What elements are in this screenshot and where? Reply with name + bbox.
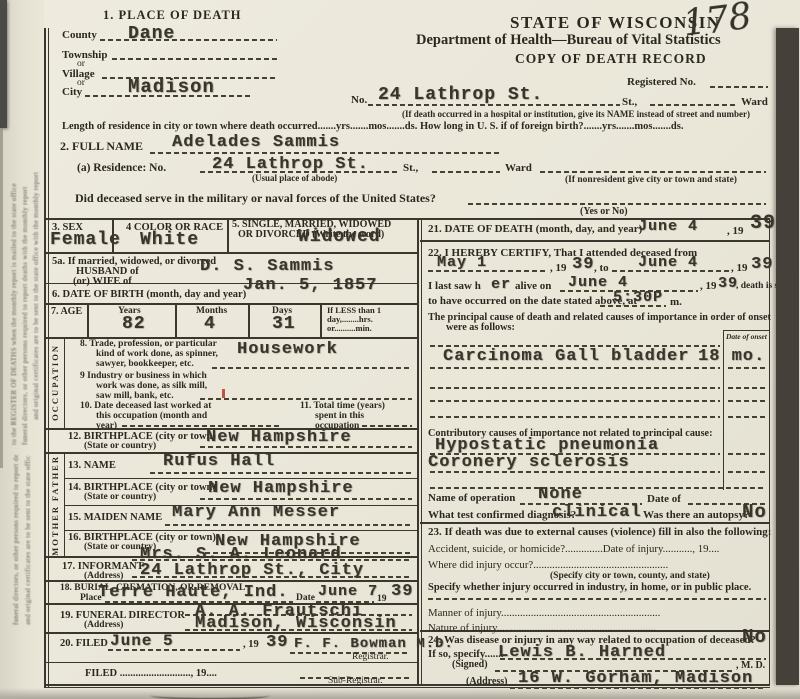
birthplace-sub: (State or country) [84, 442, 156, 452]
sex-value: Female [50, 231, 121, 249]
fill-line [728, 416, 766, 418]
county-label: County [62, 30, 97, 42]
burial-year-prefix: 19 [377, 595, 387, 605]
cause-onset-value: 18 mo. [698, 348, 765, 365]
dob-label: 6. DATE OF BIRTH (month, day and year) [52, 289, 246, 300]
mother-maiden-value: Mary Ann Messer [172, 504, 340, 521]
occupation-side-label: OCCUPATION [46, 337, 64, 428]
funeral-director-address: Madison, Wisconsin [195, 615, 397, 632]
filed-year-value: 39 [266, 634, 288, 651]
residence-label: (a) Residence: No. [77, 162, 166, 174]
race-value: White [140, 231, 199, 249]
father-side-label: FATHER [46, 452, 64, 505]
cell-line [175, 303, 177, 337]
fill-line [432, 171, 500, 173]
year-prefix: , 19 [550, 263, 567, 275]
father-birthplace-value: New Hampshire [208, 480, 354, 497]
fill-line [428, 598, 766, 600]
to-label: , to [594, 263, 609, 275]
fill-line [468, 203, 766, 205]
filed-date-value: June 5 [110, 633, 174, 649]
father-birthplace-sub: (State or country) [84, 493, 156, 503]
record-title: COPY OF DEATH RECORD [515, 52, 707, 66]
fill-line [430, 416, 720, 418]
city-label: City [62, 87, 82, 99]
lastsaw-pre: I last saw h [428, 281, 481, 293]
cell-line [87, 303, 89, 337]
months-value: 4 [204, 315, 216, 333]
fill-line [728, 453, 766, 455]
filed-year-prefix: , 19 [243, 639, 259, 650]
fill-line [150, 152, 500, 154]
autopsy-value: No [742, 503, 767, 522]
scan-edge-bottom [0, 688, 800, 699]
registrar-label: Registrar. [352, 653, 389, 663]
spouse-value: D. S. Sammis [200, 258, 334, 275]
fill-line [728, 400, 766, 402]
physician-signature: Lewis B. Harned [498, 644, 666, 661]
external-causes-header: 23. If death was due to external causes … [428, 527, 771, 539]
yes-no-note: (Yes or No) [580, 207, 628, 218]
year-prefix: , 19 [727, 226, 744, 238]
margin-note: and original certificates are to be sent… [24, 455, 32, 625]
ward-label: Ward [741, 97, 768, 109]
sub-registrar-label: Sub-Registrar. [328, 677, 383, 687]
mother-maiden-label: 15. MAIDEN NAME [68, 512, 162, 523]
row-line [64, 530, 417, 531]
fill-line [430, 387, 720, 389]
attended-to-year: 39 [751, 256, 773, 273]
operation-date-label: Date of [647, 494, 681, 506]
fill-line [728, 367, 766, 369]
scan-edge-left-faint [0, 128, 3, 468]
burial-place-value: Terre Haute, Ind. [98, 584, 288, 601]
m-label: m. [670, 297, 682, 309]
lastsaw-date-value: June 4 [568, 275, 628, 290]
year-prefix: , 19 [731, 263, 748, 275]
cell-line [227, 218, 229, 252]
fill-line [728, 471, 766, 473]
fill-line [430, 367, 720, 369]
fill-line [200, 498, 412, 500]
onset-box-top [723, 330, 769, 331]
year-prefix: , 19 [700, 281, 717, 293]
age-label: 7. AGE [51, 307, 82, 318]
fill-line [650, 104, 738, 106]
spouse-label-3: (or) WIFE of [73, 276, 132, 287]
nonresident-note: (If nonresident give city or town and st… [565, 176, 737, 186]
date-of-death-value: June 4 [638, 219, 698, 234]
death-record-scan: { "header": { "section1_title": "1. PLAC… [0, 0, 800, 699]
specify-note: (Specify city or town, county, and state… [550, 572, 710, 582]
house-no-label: No. [351, 95, 367, 107]
scan-edge-right-band [776, 28, 799, 685]
nature-line: Nature of injury........................… [428, 623, 656, 634]
dob-value: Jan. 5, 1857 [243, 277, 377, 294]
margin-note: funeral directors, or other persons requ… [12, 455, 20, 625]
onset-label: Date of onset [726, 333, 767, 341]
column-divider [417, 218, 419, 686]
burial-date-value: June 7 [318, 584, 378, 599]
address-label: (Address) [466, 677, 507, 688]
birthplace-value: New Hampshire [206, 429, 352, 446]
lastsaw-year: 39 [718, 276, 738, 291]
operation-label: Name of operation [428, 493, 515, 505]
fill-line [362, 425, 412, 427]
occurred-line: to have occurred on the date stated abov… [428, 296, 637, 308]
filed-label: 20. FILED [60, 638, 108, 649]
fill-line [200, 398, 412, 400]
fill-line [728, 387, 766, 389]
cause-header-2: were as follows: [446, 323, 515, 334]
residence-length-line: Length of residence in city or town wher… [62, 121, 683, 132]
cell-line [320, 303, 322, 337]
residence-value: 24 Lathrop St. [212, 156, 369, 173]
row-line [44, 252, 417, 254]
specify-line: Specify whether injury occurred in indus… [428, 582, 751, 593]
fill-line [430, 487, 766, 489]
mother-side-label: MOTHER [46, 505, 64, 556]
registered-no-label: Registered No. [627, 77, 696, 89]
red-mark [222, 389, 225, 398]
operation-value: None [538, 486, 583, 503]
attended-from-value: May 1 [437, 255, 487, 270]
fill-line [710, 86, 768, 88]
days-value: 31 [272, 315, 296, 333]
where-line: Where did injury occur?.................… [428, 560, 668, 571]
cause-value: Carcinoma Gall bladder [443, 348, 689, 365]
column-divider-inner [421, 218, 422, 686]
accident-line: Accident, suicide, or homicide?.........… [428, 544, 719, 555]
cell-line [248, 303, 250, 337]
marital-value: Widowed [298, 228, 381, 246]
margin-note: to the REGISTER OF DEATHS when the month… [10, 95, 18, 445]
fill-line [540, 171, 766, 173]
father-name-value: Rufus Hall [163, 453, 275, 470]
abode-note: (Usual place of abode) [252, 174, 337, 183]
margin-note: and original certificates are to be sent… [32, 120, 40, 420]
date-of-death-label: 21. DATE OF DEATH (month, day, and year) [428, 224, 642, 236]
date-of-death-year: 39 [750, 214, 776, 234]
funeral-director-sub: (Address) [84, 621, 123, 631]
subfiled-line: FILED ..........................., 19...… [85, 668, 217, 679]
fill-line [212, 367, 412, 369]
fill-line [165, 524, 412, 526]
physician-address: 16 W. Gorham, Madison [518, 670, 753, 687]
military-question: Did deceased serve in the military or na… [75, 192, 436, 205]
fill-line [122, 425, 282, 427]
side-label-line [64, 337, 65, 428]
lastsaw-typed-er: er [491, 277, 511, 292]
street-value: 24 Lathrop St. [378, 86, 543, 104]
city-value: Madison [128, 78, 215, 97]
fill-line [430, 400, 720, 402]
ward-label: Ward [505, 163, 532, 175]
manner-line: Manner of injury........................… [428, 608, 660, 619]
st-label: St., [622, 97, 637, 109]
row-line [420, 522, 770, 524]
registrar-signature: F. F. Bowman M.D. [294, 637, 454, 651]
scan-edge-left-dark [0, 0, 7, 128]
attended-from-year: 39 [572, 256, 594, 273]
fill-line [290, 652, 410, 654]
burial-year-value: 39 [391, 583, 413, 600]
occupation-relation-value: No [742, 628, 767, 647]
attended-to-value: June 4 [638, 255, 698, 270]
side-label-line [64, 452, 65, 556]
row-line [420, 240, 770, 242]
county-value: Dane [128, 25, 175, 43]
margin-note: funeral directors, or other persons requ… [21, 95, 29, 445]
fill-line [112, 58, 277, 60]
scan-smudge [150, 691, 270, 699]
test-value: clinical [552, 504, 642, 521]
department-title: Department of Health—Bureau of Vital Sta… [416, 33, 721, 48]
informant-address-value: 24 Lathrop St., City [140, 562, 364, 579]
occ8-label-3: sawyer, bookkeeper, etc. [96, 360, 194, 370]
occurred-time-value: 5:30P [613, 290, 663, 305]
signed-label: (Signed) [452, 660, 488, 671]
occ8-value: Housework [237, 341, 338, 358]
informant-sub: (Address) [84, 572, 123, 582]
years-value: 82 [122, 315, 146, 333]
contributory-value-1: Hypostatic pneumonia [435, 437, 659, 454]
autopsy-label: Was there an autopsy? [643, 510, 749, 522]
full-name-label: 2. FULL NAME [60, 140, 143, 153]
hospital-note: (If death occurred in a hospital or inst… [402, 110, 750, 119]
contributory-value-2: Coronery sclerosis [428, 454, 630, 471]
full-name-value: Adelades Sammis [172, 134, 340, 151]
st-label: St., [403, 163, 418, 175]
less-label-3: or..........min. [327, 324, 372, 333]
lastsaw-mid: alive on [515, 281, 551, 293]
fill-line [150, 472, 412, 474]
place-of-death-title: 1. PLACE OF DEATH [103, 9, 242, 22]
father-name-label: 13. NAME [68, 460, 116, 471]
fill-line [100, 39, 277, 41]
